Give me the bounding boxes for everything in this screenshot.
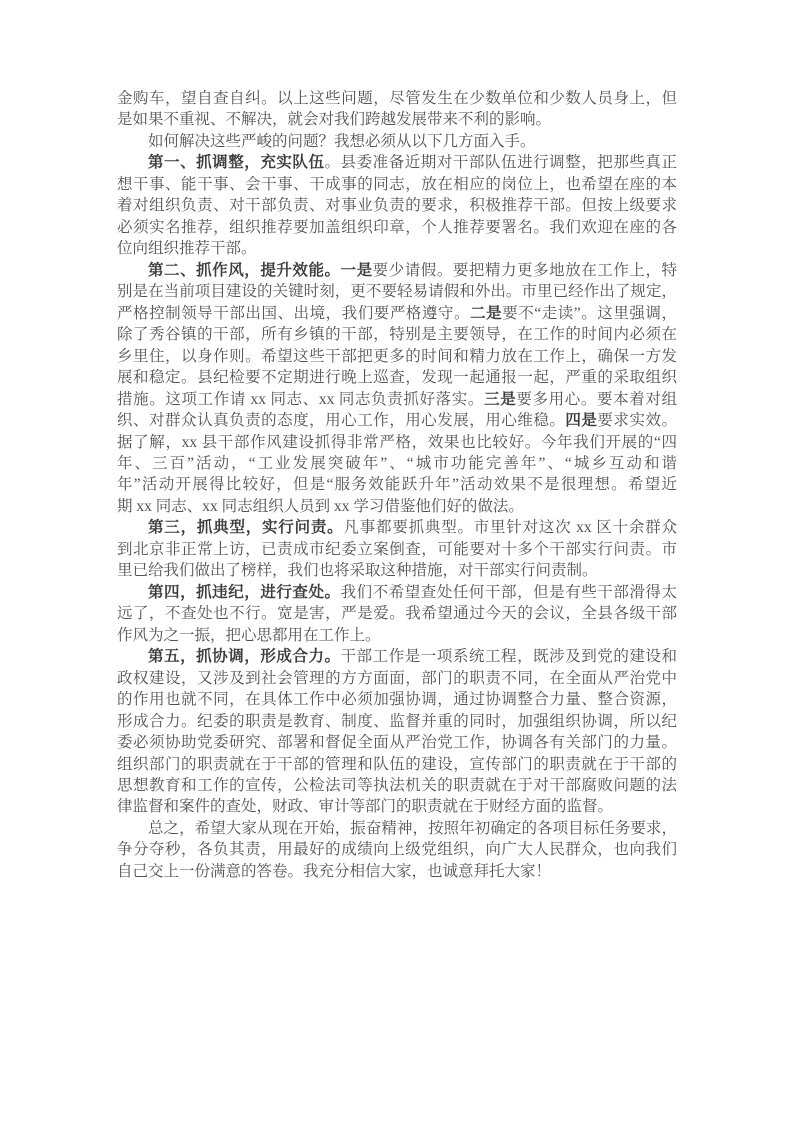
text-run: 委必须协助党委研究、部署和督促全面从严治党工作，协调各有关部门的力量。: [117, 734, 677, 751]
text-line: 律监督和案件的查处，财政、审计等部门的职责就在于财经方面的监督。: [117, 796, 677, 817]
text-run: 别是在当前项目建设的关键时刻，更不要轻易请假和外出。市里已经作出了规定，: [117, 283, 677, 300]
text-line: 组织部门的职责就在于干部的管理和队伍的建设，宣传部门的职责就在于干部的: [117, 754, 677, 775]
text-line: 自己交上一份满意的答卷。我充分相信大家，也诚意拜托大家！: [117, 861, 677, 882]
text-line: 争分夺秒，各负其责，用最好的成绩向上级党组织，向广大人民群众，也向我们: [117, 839, 677, 860]
text-line: 严格控制领导干部出国、出境，我们要严格遵守。二是要不“走读”。这里强调，: [117, 303, 677, 324]
text-run: 凡事都要抓典型。市里针对这次 xx 区十余群众: [343, 519, 677, 536]
text-run: 想干事、能干事、会干事、干成事的同志，放在相应的岗位上，也希望在座的本: [117, 176, 677, 193]
text-run: 除了秀谷镇的干部，所有乡镇的干部，特别是主要领导，在工作的时间内必须在: [117, 326, 677, 343]
text-line: 位向组织推荐干部。: [117, 238, 677, 259]
text-run: 措施。这项工作请 xx 同志、xx 同志负责抓好落实。: [117, 391, 484, 408]
text-line: 政权建设，又涉及到社会管理的方方面面，部门的职责不同，在全面从严治党中: [117, 668, 677, 689]
bold-text-run: 三是: [484, 391, 516, 408]
bold-text-run: 第三，抓典型，实行问责。: [148, 519, 343, 536]
text-line: 到北京非正常上访，已责成市纪委立案倒查，可能要对十多个干部实行问责。市: [117, 539, 677, 560]
text-line: 里已给我们做出了榜样，我们也将采取这种措施，对干部实行问责制。: [117, 560, 677, 581]
text-run: 作风为之一振，把心思都用在工作上。: [117, 627, 381, 644]
text-line: 第二、抓作风，提升效能。一是要少请假。要把精力更多地放在工作上，特: [117, 260, 677, 281]
text-run: 到北京非正常上访，已责成市纪委立案倒查，可能要对十多个干部实行问责。市: [117, 541, 677, 558]
text-line: 展和稳定。县纪检要不定期进行晚上巡查，发现一起通报一起，严重的采取组织: [117, 367, 677, 388]
text-run: 思想教育和工作的宣传，公检法司等执法机关的职责就在于对干部腐败问题的法: [117, 777, 677, 794]
text-run: 是如果不重视、不解决，就会对我们跨越发展带来不利的影响。: [117, 111, 551, 128]
text-line: 别是在当前项目建设的关键时刻，更不要轻易请假和外出。市里已经作出了规定，: [117, 281, 677, 302]
text-run: 干部工作是一项系统工程，既涉及到党的建设和: [341, 648, 677, 665]
text-run: 位向组织推荐干部。: [117, 240, 257, 257]
bold-text-run: 二是: [470, 305, 502, 322]
text-run: 形成合力。纪委的职责是教育、制度、监督并重的同时，加强组织协调，所以纪: [117, 713, 677, 730]
text-line: 乡里住，以身作则。希望这些干部把更多的时间和精力放在工作上，确保一方发: [117, 346, 677, 367]
text-run: 我们不希望查处任何干部，但是有些干部滑得太: [341, 584, 677, 601]
text-line: 着对组织负责、对干部负责、对事业负责的要求，积极推荐干部。但按上级要求: [117, 195, 677, 216]
text-line: 想干事、能干事、会干事、干成事的同志，放在相应的岗位上，也希望在座的本: [117, 174, 677, 195]
text-line: 形成合力。纪委的职责是教育、制度、监督并重的同时，加强组织协调，所以纪: [117, 711, 677, 732]
text-run: 年”活动开展得比较好，但是“服务效能跃升年”活动效果不是很理想。希望近: [117, 476, 677, 493]
text-run: 必须实名推荐，组织推荐要加盖组织印章，个人推荐要署名。我们欢迎在座的各: [117, 219, 677, 236]
text-line: 总之，希望大家从现在开始，振奋精神，按照年初确定的各项目标任务要求，: [117, 818, 677, 839]
text-run: 自己交上一份满意的答卷。我充分相信大家，也诚意拜托大家！: [117, 863, 551, 880]
text-run: 远了，不查处也不行。宽是害，严是爱。我希望通过今天的会议，全县各级干部: [117, 605, 677, 622]
text-line: 除了秀谷镇的干部，所有乡镇的干部，特别是主要领导，在工作的时间内必须在: [117, 324, 677, 345]
bold-text-run: 第五，抓协调，形成合力。: [148, 648, 341, 665]
document-text: 金购车，望自查自纠。以上这些问题，尽管发生在少数单位和少数人员身上，但是如果不重…: [117, 88, 677, 882]
text-run: 政权建设，又涉及到社会管理的方方面面，部门的职责不同，在全面从严治党中: [117, 670, 677, 687]
text-line: 期 xx 同志、xx 同志组织人员到 xx 学习借鉴他们好的做法。: [117, 496, 677, 517]
text-run: 要多用心。要本着对组: [516, 391, 677, 408]
text-line: 据了解，xx 县干部作风建设抓得非常严格，效果也比较好。今年我们开展的“四: [117, 432, 677, 453]
text-run: 乡里住，以身作则。希望这些干部把更多的时间和精力放在工作上，确保一方发: [117, 348, 677, 365]
text-line: 第三，抓典型，实行问责。凡事都要抓典型。市里针对这次 xx 区十余群众: [117, 517, 677, 538]
text-run: 严格控制领导干部出国、出境，我们要严格遵守。: [117, 305, 470, 322]
bold-text-run: 第二、抓作风，提升效能。一是: [148, 262, 373, 279]
text-run: 的作用也就不同，在具体工作中必须加强协调，通过协调整合力量、整合资源，: [117, 691, 677, 708]
bold-text-run: 四是: [565, 412, 597, 429]
text-line: 金购车，望自查自纠。以上这些问题，尽管发生在少数单位和少数人员身上，但: [117, 88, 677, 109]
document-page: 金购车，望自查自纠。以上这些问题，尽管发生在少数单位和少数人员身上，但是如果不重…: [0, 0, 793, 1122]
text-run: 要求实效。: [597, 412, 677, 429]
text-run: 如何解决这些严峻的问题？我想必须从以下几方面入手。: [148, 133, 536, 150]
text-run: 。县委准备近期对干部队伍进行调整，把那些真正: [325, 154, 677, 171]
text-run: 织、对群众认真负责的态度，用心工作，用心发展，用心维稳。: [117, 412, 565, 429]
text-line: 年”活动开展得比较好，但是“服务效能跃升年”活动效果不是很理想。希望近: [117, 474, 677, 495]
text-line: 的作用也就不同，在具体工作中必须加强协调，通过协调整合力量、整合资源，: [117, 689, 677, 710]
text-line: 思想教育和工作的宣传，公检法司等执法机关的职责就在于对干部腐败问题的法: [117, 775, 677, 796]
bold-text-run: 第四，抓违纪，进行查处。: [148, 584, 341, 601]
text-line: 作风为之一振，把心思都用在工作上。: [117, 625, 677, 646]
text-run: 要少请假。要把精力更多地放在工作上，特: [373, 262, 677, 279]
text-line: 年、三百”活动，“工业发展突破年”、“城市功能完善年”、“城乡互动和谐: [117, 453, 677, 474]
text-line: 第五，抓协调，形成合力。干部工作是一项系统工程，既涉及到党的建设和: [117, 646, 677, 667]
text-run: 着对组织负责、对干部负责、对事业负责的要求，积极推荐干部。但按上级要求: [117, 197, 677, 214]
text-run: 组织部门的职责就在于干部的管理和队伍的建设，宣传部门的职责就在于干部的: [117, 756, 677, 773]
text-run: 总之，希望大家从现在开始，振奋精神，按照年初确定的各项目标任务要求，: [148, 820, 677, 837]
text-line: 如何解决这些严峻的问题？我想必须从以下几方面入手。: [117, 131, 677, 152]
text-line: 第四，抓违纪，进行查处。我们不希望查处任何干部，但是有些干部滑得太: [117, 582, 677, 603]
text-run: 里已给我们做出了榜样，我们也将采取这种措施，对干部实行问责制。: [117, 562, 598, 579]
text-run: 金购车，望自查自纠。以上这些问题，尽管发生在少数单位和少数人员身上，但: [117, 90, 677, 107]
text-run: 争分夺秒，各负其责，用最好的成绩向上级党组织，向广大人民群众，也向我们: [117, 841, 677, 858]
text-line: 委必须协助党委研究、部署和督促全面从严治党工作，协调各有关部门的力量。: [117, 732, 677, 753]
text-run: 期 xx 同志、xx 同志组织人员到 xx 学习借鉴他们好的做法。: [117, 498, 524, 515]
text-run: 据了解，xx 县干部作风建设抓得非常严格，效果也比较好。今年我们开展的“四: [117, 434, 677, 451]
text-line: 是如果不重视、不解决，就会对我们跨越发展带来不利的影响。: [117, 109, 677, 130]
text-line: 措施。这项工作请 xx 同志、xx 同志负责抓好落实。三是要多用心。要本着对组: [117, 389, 677, 410]
text-run: 展和稳定。县纪检要不定期进行晚上巡查，发现一起通报一起，严重的采取组织: [117, 369, 677, 386]
text-line: 织、对群众认真负责的态度，用心工作，用心发展，用心维稳。四是要求实效。: [117, 410, 677, 431]
text-run: 年、三百”活动，“工业发展突破年”、“城市功能完善年”、“城乡互动和谐: [117, 455, 677, 472]
text-run: 律监督和案件的查处，财政、审计等部门的职责就在于财经方面的监督。: [117, 798, 613, 815]
text-line: 远了，不查处也不行。宽是害，严是爱。我希望通过今天的会议，全县各级干部: [117, 603, 677, 624]
text-line: 必须实名推荐，组织推荐要加盖组织印章，个人推荐要署名。我们欢迎在座的各: [117, 217, 677, 238]
bold-text-run: 第一、抓调整，充实队伍: [148, 154, 325, 171]
text-run: 要不“走读”。这里强调，: [502, 305, 677, 322]
text-line: 第一、抓调整，充实队伍。县委准备近期对干部队伍进行调整，把那些真正: [117, 152, 677, 173]
